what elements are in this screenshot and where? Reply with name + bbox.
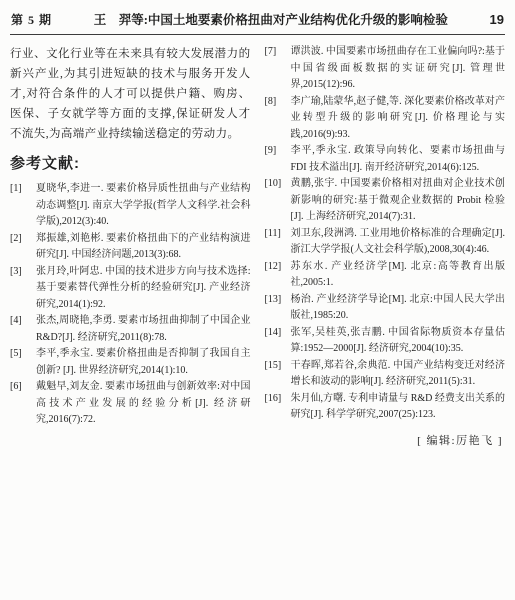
reference-text: 干春晖,郑若谷,余典范. 中国产业结构变迁对经济增长和波动的影响[J]. 经济研… [291,358,506,391]
reference-text: 杨治. 产业经济学导论[M]. 北京:中国人民大学出版社,1985:20. [291,292,506,325]
journal-page: 第 5 期 王 羿等:中国土地要素价格扭曲对产业结构优化升级的影响检验 19 行… [0,0,515,600]
reference-number: [5] [10,346,36,379]
reference-number: [13] [265,292,291,325]
editor-note: [ 编辑:厉艳飞 ] [265,432,506,448]
reference-text: 戴魁早,刘友金. 要素市场扭曲与创新效率:对中国高技术产业发展的经验分析[J].… [36,379,251,429]
references-list-right: [7]谭洪波. 中国要素市场扭曲存在工业偏向吗?:基于中国省级面板数据的实证研究… [265,44,506,424]
reference-number: [15] [265,358,291,391]
reference-number: [12] [265,259,291,292]
references-heading: 参考文献: [10,152,251,173]
reference-text: 黄鹏,张宇. 中国要素价格相对扭曲对企业技术创新影响的研究:基于微观企业数据的 … [291,176,506,226]
reference-text: 苏东水. 产业经济学[M]. 北京:高等教育出版社,2005:1. [291,259,506,292]
page-number: 19 [490,12,504,27]
reference-number: [4] [10,313,36,346]
issue-label: 第 5 期 [11,11,52,28]
reference-number: [1] [10,181,36,231]
reference-text: 李平,季永宝. 政策导向转化、要素市场扭曲与 FDI 技术溢出[J]. 南开经济… [291,143,506,176]
reference-number: [3] [10,264,36,314]
reference-number: [6] [10,379,36,429]
reference-text: 李广瑜,陆蒙华,赵子健,等. 深化要素价格改革对产业转型升级的影响研究[J]. … [291,94,506,144]
reference-text: 张军,吴桂英,张吉鹏. 中国省际物质资本存量估算:1952—2000[J]. 经… [291,325,506,358]
reference-text: 夏晓华,李进一. 要素价格异质性扭曲与产业结构动态调整[J]. 南京大学学报(哲… [36,181,251,231]
reference-text: 张杰,周晓艳,李勇. 要素市场扭曲抑制了中国企业 R&D?[J]. 经济研究,2… [36,313,251,346]
left-column: 行业、文化行业等在未来具有较大发展潜力的新兴产业,为其引进短缺的技术与服务开发人… [10,44,251,448]
reference-item: [14]张军,吴桂英,张吉鹏. 中国省际物质资本存量估算:1952—2000[J… [265,325,506,358]
reference-item: [10]黄鹏,张宇. 中国要素价格相对扭曲对企业技术创新影响的研究:基于微观企业… [265,176,506,226]
running-title: 王 羿等:中国土地要素价格扭曲对产业结构优化升级的影响检验 [52,10,490,28]
reference-item: [16]朱月仙,方曙. 专利申请量与 R&D 经费支出关系的研究[J]. 科学学… [265,391,506,424]
reference-item: [3]张月玲,叶阿忠. 中国的技术进步方向与技术选择:基于要素替代弹性分析的经验… [10,264,251,314]
references-list-left: [1]夏晓华,李进一. 要素价格异质性扭曲与产业结构动态调整[J]. 南京大学学… [10,181,251,429]
two-column-layout: 行业、文化行业等在未来具有较大发展潜力的新兴产业,为其引进短缺的技术与服务开发人… [9,35,506,448]
reference-number: [2] [10,231,36,264]
page-header: 第 5 期 王 羿等:中国土地要素价格扭曲对产业结构优化升级的影响检验 19 [9,8,506,34]
reference-text: 张月玲,叶阿忠. 中国的技术进步方向与技术选择:基于要素替代弹性分析的经验研究[… [36,264,251,314]
reference-item: [5]李平,季永宝. 要素价格扭曲是否抑制了我国自主创新? [J]. 世界经济研… [10,346,251,379]
reference-item: [12]苏东水. 产业经济学[M]. 北京:高等教育出版社,2005:1. [265,259,506,292]
reference-item: [2]郑振雄,刘艳彬. 要素价格扭曲下的产业结构演进研究[J]. 中国经济问题,… [10,231,251,264]
right-column: [7]谭洪波. 中国要素市场扭曲存在工业偏向吗?:基于中国省级面板数据的实证研究… [265,44,506,448]
reference-number: [9] [265,143,291,176]
reference-text: 刘卫东,段洲鸿. 工业用地价格标准的合理确定[J]. 浙江大学学报(人文社会科学… [291,226,506,259]
reference-number: [8] [265,94,291,144]
reference-item: [9]李平,季永宝. 政策导向转化、要素市场扭曲与 FDI 技术溢出[J]. 南… [265,143,506,176]
reference-number: [7] [265,44,291,94]
reference-item: [6]戴魁早,刘友金. 要素市场扭曲与创新效率:对中国高技术产业发展的经验分析[… [10,379,251,429]
reference-number: [14] [265,325,291,358]
reference-item: [15]干春晖,郑若谷,余典范. 中国产业结构变迁对经济增长和波动的影响[J].… [265,358,506,391]
reference-item: [13]杨治. 产业经济学导论[M]. 北京:中国人民大学出版社,1985:20… [265,292,506,325]
reference-number: [11] [265,226,291,259]
reference-number: [16] [265,391,291,424]
reference-text: 郑振雄,刘艳彬. 要素价格扭曲下的产业结构演进研究[J]. 中国经济问题,201… [36,231,251,264]
intro-paragraph: 行业、文化行业等在未来具有较大发展潜力的新兴产业,为其引进短缺的技术与服务开发人… [10,44,251,144]
reference-number: [10] [265,176,291,226]
reference-item: [4]张杰,周晓艳,李勇. 要素市场扭曲抑制了中国企业 R&D?[J]. 经济研… [10,313,251,346]
reference-item: [11]刘卫东,段洲鸿. 工业用地价格标准的合理确定[J]. 浙江大学学报(人文… [265,226,506,259]
reference-text: 李平,季永宝. 要素价格扭曲是否抑制了我国自主创新? [J]. 世界经济研究,2… [36,346,251,379]
reference-item: [7]谭洪波. 中国要素市场扭曲存在工业偏向吗?:基于中国省级面板数据的实证研究… [265,44,506,94]
reference-item: [8]李广瑜,陆蒙华,赵子健,等. 深化要素价格改革对产业转型升级的影响研究[J… [265,94,506,144]
reference-text: 朱月仙,方曙. 专利申请量与 R&D 经费支出关系的研究[J]. 科学学研究,2… [291,391,506,424]
reference-item: [1]夏晓华,李进一. 要素价格异质性扭曲与产业结构动态调整[J]. 南京大学学… [10,181,251,231]
reference-text: 谭洪波. 中国要素市场扭曲存在工业偏向吗?:基于中国省级面板数据的实证研究[J]… [291,44,506,94]
